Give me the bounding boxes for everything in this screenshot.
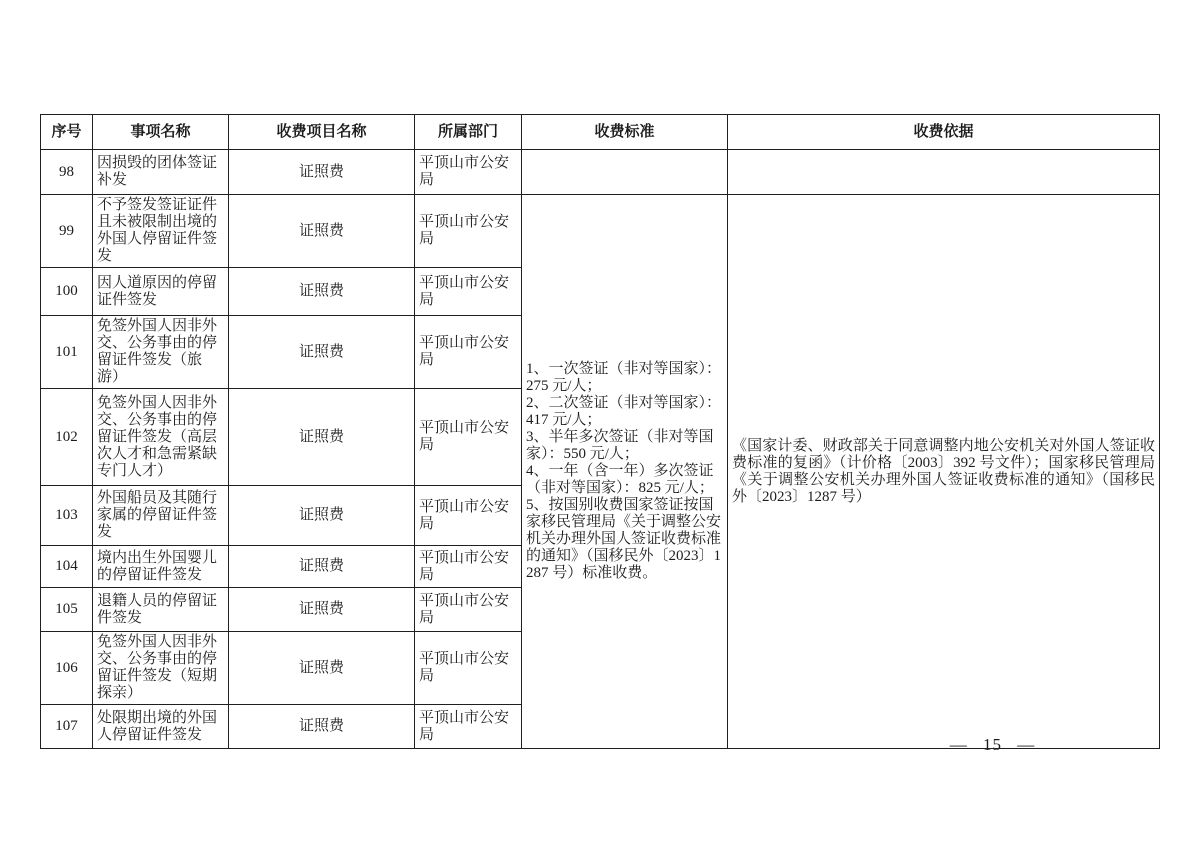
cell-seq: 105	[41, 588, 93, 632]
cell-fee-item: 证照费	[229, 389, 415, 486]
column-header-fee-basis: 收费依据	[728, 115, 1160, 150]
cell-dept: 平顶山市公安局	[415, 195, 522, 268]
cell-fee-item: 证照费	[229, 546, 415, 588]
cell-name: 因人道原因的停留证件签发	[93, 268, 229, 316]
cell-dept: 平顶山市公安局	[415, 588, 522, 632]
table-row: 98 因损毁的团体签证补发 证照费 平顶山市公安局	[41, 150, 1160, 195]
cell-seq: 100	[41, 268, 93, 316]
cell-fee-basis-empty	[728, 150, 1160, 195]
cell-name: 外国船员及其随行家属的停留证件签发	[93, 486, 229, 546]
cell-name: 因损毁的团体签证补发	[93, 150, 229, 195]
cell-name: 境内出生外国婴儿的停留证件签发	[93, 546, 229, 588]
cell-fee-item: 证照费	[229, 632, 415, 705]
column-header-seq: 序号	[41, 115, 93, 150]
cell-fee-basis-merged: 《国家计委、财政部关于同意调整内地公安机关对外国人签证收费标准的复函》（计价格〔…	[728, 195, 1160, 749]
cell-seq: 106	[41, 632, 93, 705]
cell-name: 不予签发签证证件且未被限制出境的外国人停留证件签发	[93, 195, 229, 268]
cell-dept: 平顶山市公安局	[415, 268, 522, 316]
fee-standard-item: 2、二次签证（非对等国家）：417 元/人；	[526, 395, 723, 429]
cell-fee-item: 证照费	[229, 705, 415, 749]
cell-seq: 103	[41, 486, 93, 546]
cell-seq: 101	[41, 316, 93, 389]
cell-name: 免签外国人因非外交、公务事由的停留证件签发（旅游）	[93, 316, 229, 389]
document-page: 序号 事项名称 收费项目名称 所属部门 收费标准 收费依据 98 因损毁的团体签…	[0, 0, 1200, 848]
fee-schedule-table: 序号 事项名称 收费项目名称 所属部门 收费标准 收费依据 98 因损毁的团体签…	[40, 114, 1160, 749]
cell-name: 免签外国人因非外交、公务事由的停留证件签发（短期探亲）	[93, 632, 229, 705]
cell-fee-item: 证照费	[229, 316, 415, 389]
fee-standard-item: 5、按国别收费国家签证按国家移民管理局《关于调整公安机关办理外国人签证收费标准的…	[526, 497, 723, 582]
cell-fee-item: 证照费	[229, 195, 415, 268]
cell-name: 处限期出境的外国人停留证件签发	[93, 705, 229, 749]
cell-dept: 平顶山市公安局	[415, 150, 522, 195]
cell-fee-item: 证照费	[229, 588, 415, 632]
cell-seq: 104	[41, 546, 93, 588]
cell-dept: 平顶山市公安局	[415, 316, 522, 389]
cell-fee-item: 证照费	[229, 268, 415, 316]
fee-standard-item: 3、半年多次签证（非对等国家）：550 元/人；	[526, 429, 723, 463]
cell-dept: 平顶山市公安局	[415, 389, 522, 486]
cell-dept: 平顶山市公安局	[415, 486, 522, 546]
cell-name: 免签外国人因非外交、公务事由的停留证件签发（高层次人才和急需紧缺专门人才）	[93, 389, 229, 486]
table-row: 99 不予签发签证证件且未被限制出境的外国人停留证件签发 证照费 平顶山市公安局…	[41, 195, 1160, 268]
cell-seq: 107	[41, 705, 93, 749]
cell-fee-item: 证照费	[229, 486, 415, 546]
fee-standard-item: 4、一年（含一年）多次签证（非对等国家）：825 元/人；	[526, 463, 723, 497]
column-header-name: 事项名称	[93, 115, 229, 150]
header-row: 序号 事项名称 收费项目名称 所属部门 收费标准 收费依据	[41, 115, 1160, 150]
cell-dept: 平顶山市公安局	[415, 632, 522, 705]
cell-fee-standard-merged: 1、一次签证（非对等国家）：275 元/人； 2、二次签证（非对等国家）：417…	[522, 195, 728, 749]
cell-seq: 99	[41, 195, 93, 268]
cell-seq: 98	[41, 150, 93, 195]
cell-fee-item: 证照费	[229, 150, 415, 195]
cell-dept: 平顶山市公安局	[415, 705, 522, 749]
cell-name: 退籍人员的停留证件签发	[93, 588, 229, 632]
column-header-fee-item: 收费项目名称	[229, 115, 415, 150]
page-number: — 15 —	[930, 735, 1055, 755]
cell-fee-standard-empty	[522, 150, 728, 195]
fee-standard-item: 1、一次签证（非对等国家）：275 元/人；	[526, 361, 723, 395]
column-header-fee-standard: 收费标准	[522, 115, 728, 150]
cell-dept: 平顶山市公安局	[415, 546, 522, 588]
cell-seq: 102	[41, 389, 93, 486]
column-header-dept: 所属部门	[415, 115, 522, 150]
